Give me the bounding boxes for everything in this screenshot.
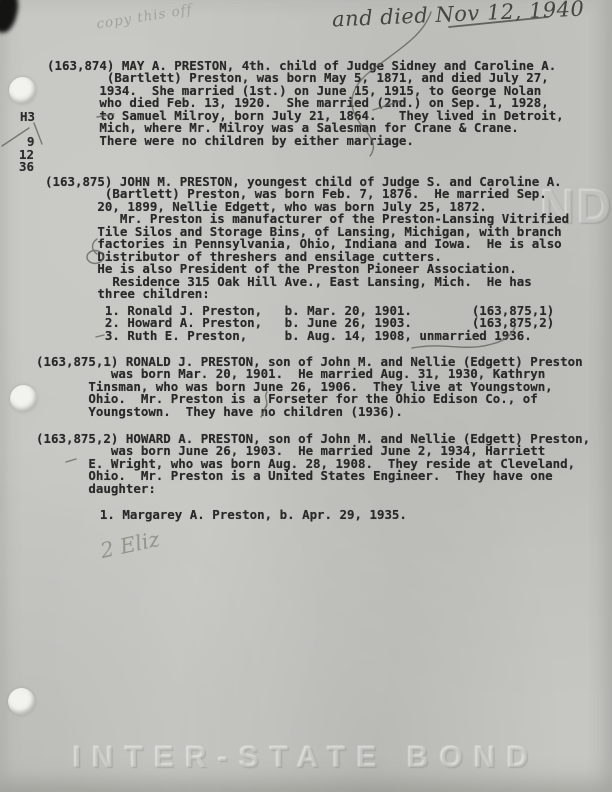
children-list-163875: 1. Ronald J. Preston, b. Mar. 20, 1901. … [45, 305, 554, 342]
typed-line: There were no children by either marriag… [47, 135, 564, 147]
daughter-list-1638752: 1. Margarey A. Preston, b. Apr. 29, 1935… [40, 509, 407, 521]
typed-line: 3. Ruth E. Preston, b. Aug. 14, 1908, un… [45, 330, 554, 342]
typed-line: Youngstown. They have no children (1936)… [36, 406, 583, 418]
typed-text: (163,874) MAY A. PRESTON, 4th. child of … [0, 0, 612, 792]
entry-1638752-howard-preston: (163,875,2) HOWARD A. PRESTON, son of Jo… [36, 433, 590, 495]
typed-line: three children: [45, 288, 569, 300]
scanned-document-page: INTER-STATE BOND ND copy this off and di… [0, 0, 612, 792]
entry-1638751-ronald-preston: (163,875,1) RONALD J. PRESTON, son of Jo… [36, 356, 583, 418]
typed-line: 1. Margarey A. Preston, b. Apr. 29, 1935… [40, 509, 407, 521]
entry-163875-john-preston: (163,875) JOHN M. PRESTON, youngest chil… [45, 176, 569, 301]
typed-line: daughter: [36, 483, 590, 495]
entry-163874-may-preston: (163,874) MAY A. PRESTON, 4th. child of … [47, 60, 564, 147]
